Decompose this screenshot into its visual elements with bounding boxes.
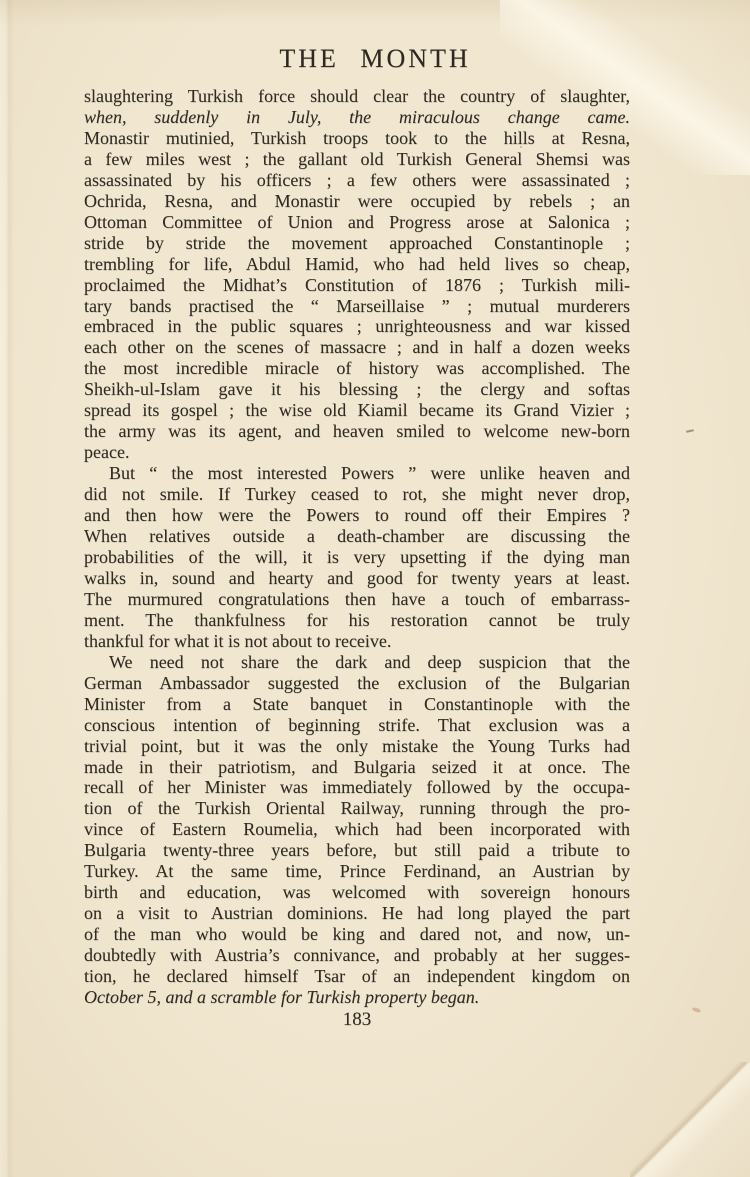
text-line: Monastir mutinied, Turkish troops took t…: [84, 128, 630, 149]
text-line: embraced in the public squares ; unright…: [84, 316, 630, 337]
text-line: conscious intention of beginning strife.…: [84, 715, 630, 736]
text-line: The murmured congratulations then have a…: [84, 589, 630, 610]
text-line: doubtedly with Austria’s connivance, and…: [84, 945, 630, 966]
paper-stain: [692, 1007, 702, 1014]
page-number: 183: [84, 1009, 630, 1031]
text-line: when, suddenly in July, the miraculous c…: [84, 107, 630, 128]
text-line: Bulgaria twenty-three years before, but …: [84, 840, 630, 861]
text-line: vince of Eastern Roumelia, which had bee…: [84, 819, 630, 840]
text-line: Ochrida, Resna, and Monastir were occupi…: [84, 191, 630, 212]
page-crease: [630, 1062, 750, 1177]
text-line: the most incredible miracle of history w…: [84, 358, 630, 379]
page-title: THE MONTH: [0, 44, 750, 74]
text-line: walks in, sound and hearty and good for …: [84, 568, 630, 589]
text-line: did not smile. If Turkey ceased to rot, …: [84, 484, 630, 505]
ink-speck: [686, 429, 694, 433]
text-line: Sheikh-ul-Islam gave it his blessing ; t…: [84, 379, 630, 400]
text-line: We need not share the dark and deep susp…: [84, 652, 630, 673]
text-line: proclaimed the Midhat’s Constitution of …: [84, 275, 630, 296]
text-line: Ottoman Committee of Union and Progress …: [84, 212, 630, 233]
text-line: tion of the Turkish Oriental Railway, ru…: [84, 798, 630, 819]
text-line: trivial point, but it was the only mista…: [84, 736, 630, 757]
paper-speck: [520, 146, 522, 148]
text-line: recall of her Minister was immediately f…: [84, 777, 630, 798]
text-line: But “ the most interested Powers ” were …: [84, 463, 630, 484]
text-line: stride by stride the movement approached…: [84, 233, 630, 254]
text-line: Turkey. At the same time, Prince Ferdina…: [84, 861, 630, 882]
text-line: ment. The thankfulness for his restorati…: [84, 610, 630, 631]
text-line: the army was its agent, and heaven smile…: [84, 421, 630, 442]
text-line: probabilities of the will, it is very up…: [84, 547, 630, 568]
text-line: and then how were the Powers to round of…: [84, 505, 630, 526]
text-line: on a visit to Austrian dominions. He had…: [84, 903, 630, 924]
text-line: tary bands practised the “ Marseillaise …: [84, 296, 630, 317]
text-line: birth and education, was welcomed with s…: [84, 882, 630, 903]
body-text: slaughtering Turkish force should clear …: [84, 86, 630, 1008]
text-line: thankful for what it is not about to rec…: [84, 631, 630, 652]
text-line: assassinated by his officers ; a few oth…: [84, 170, 630, 191]
text-line: a few miles west ; the gallant old Turki…: [84, 149, 630, 170]
text-line: each other on the scenes of massacre ; a…: [84, 337, 630, 358]
text-line: When relatives outside a death-chamber a…: [84, 526, 630, 547]
text-line: of the man who would be king and dared n…: [84, 924, 630, 945]
text-line: peace.: [84, 442, 630, 463]
text-line: trembling for life, Abdul Hamid, who had…: [84, 254, 630, 275]
text-line: spread its gospel ; the wise old Kiamil …: [84, 400, 630, 421]
text-line: made in their patriotism, and Bulgaria s…: [84, 757, 630, 778]
text-line: German Ambassador suggested the exclusio…: [84, 673, 630, 694]
text-line: slaughtering Turkish force should clear …: [84, 86, 630, 107]
text-line: tion, he declared himself Tsar of an ind…: [84, 966, 630, 987]
text-line: Minister from a State banquet in Constan…: [84, 694, 630, 715]
book-page: THE MONTH slaughtering Turkish force sho…: [0, 0, 750, 1177]
text-line: October 5, and a scramble for Turkish pr…: [84, 987, 630, 1008]
